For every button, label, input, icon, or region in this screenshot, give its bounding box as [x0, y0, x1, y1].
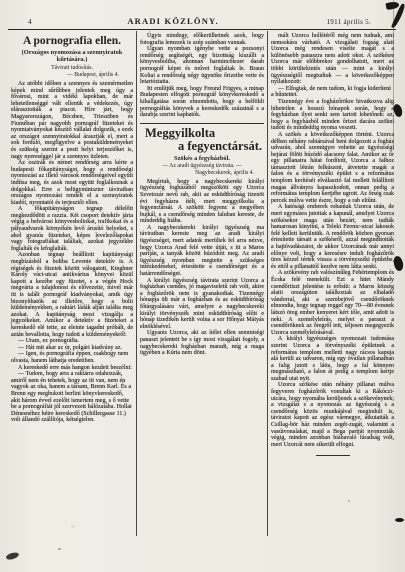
article1-paragraph: A főkapitányságon tegnap délelőtt megkez…	[11, 206, 133, 252]
article1-dateline: — Budapest, április 4.	[11, 72, 133, 78]
article1-paragraph: — Uram, ez pornográfia.	[11, 338, 133, 345]
column-3: mált Uzorca hollétéről még nem tudnak, a…	[267, 31, 397, 536]
article1-credit: Távirati tudósítás.	[11, 65, 133, 71]
paper-speck-icon	[58, 548, 61, 550]
article1-paragraph: — Igen, és pornográfia éppen, csakhogy n…	[11, 351, 133, 364]
ink-smudge-bottom-left-icon	[5, 551, 19, 561]
article2-paragraph: — Elfogtak, de nem tudom, ki fogja kider…	[271, 86, 394, 99]
article2-body: Megírtuk, hogy a nagybecskereki királyi …	[140, 179, 264, 357]
article2-body-continuation: mált Uzorca hollétéről még nem tudnak, a…	[271, 33, 394, 448]
page-fold-line	[393, 0, 394, 150]
article2-paragraph: A nagybecskereki királyi ügyészség ma tá…	[140, 225, 264, 278]
text-columns: A pornografia ellen. (Országos nyomozása…	[8, 31, 397, 536]
article2-paragraph: Megírtuk, hogy a nagybecskereki királyi …	[140, 179, 264, 225]
article2-paragraph: A szökevény rab valószínűleg Fehértemplo…	[271, 270, 394, 336]
article1-headline: A pornografia ellen.	[11, 35, 133, 47]
article-divider-rule	[140, 123, 264, 124]
article2-paragraph: A királyi ügyészség távirata szerint Uzo…	[140, 278, 264, 331]
masthead-title: ARADI KÖZLÖNY.	[127, 16, 219, 26]
newspaper-page: 4 ARADI KÖZLÖNY. 1911 április 5. A porno…	[0, 0, 405, 572]
page-number: 4	[8, 17, 32, 26]
article1-paragraph: Az utóbbi időben a szennyes és szemérmet…	[11, 81, 133, 160]
article2-paragraph: A szökés a következőképpen történt. Uzor…	[271, 132, 394, 205]
article2-headline-line1: Meggyilkolta	[140, 127, 264, 140]
article2-paragraph: A királyi ügyészséges nyomozati tudomása…	[271, 336, 394, 382]
article2-headline-line2: a fegyenctársát.	[140, 140, 264, 153]
running-head: 4 ARADI KÖZLÖNY. 1911 április 5.	[8, 16, 397, 28]
article2-paragraph: Tizennégy éve a fogházőrökre hivatkozva …	[271, 99, 394, 132]
article2-credit: — Az aradi ügyészség távirata. —	[140, 163, 264, 169]
article1-paragraph: Azonban tegnap beállított kapitánysági m…	[11, 252, 133, 338]
article1-body: Az utóbbi időben a szennyes és szemérmet…	[11, 81, 133, 424]
article2-paragraph: mált Uzorca hollétéről még nem tudnak, a…	[271, 33, 394, 86]
article1-paragraph: Ugyan nyomban igénybe vette a pozsonyi r…	[140, 46, 264, 86]
article1-continuation: Úgyis mindegy, előkerülhetnek azok, hogy…	[140, 33, 264, 119]
article2-subhead: Szökés a fegyházból.	[140, 155, 264, 162]
article2-paragraph: Ugyanis Uzorca, aki az ítélet ellen semm…	[140, 330, 264, 356]
article1-subtitle: (Országos nyomozása a szennyiratok kiirt…	[17, 49, 127, 63]
header-rule	[8, 29, 396, 30]
article1-paragraph: — Tudom, hogy arra a raktárra odahozzák,…	[11, 371, 133, 424]
column-2: Úgyis mindegy, előkerülhetnek azok, hogy…	[136, 31, 267, 536]
article1-paragraph: Az osztrák és német rendőrség arra kérte…	[11, 160, 133, 206]
article1-paragraph: Itt említjük meg, hogy Freund Frigyes, a…	[140, 86, 264, 119]
article1-paragraph: Úgyis mindegy, előkerülhetnek azok, hogy…	[140, 33, 264, 46]
article2-paragraph: Uzorca szökése után néhány pillanat múlv…	[271, 382, 394, 448]
article2-dateline: Nagybecskerek, április 4.	[140, 170, 264, 176]
article2-paragraph: A hatósági emberek rohantak Uzorca után,…	[271, 204, 394, 270]
article-end-rule	[316, 455, 350, 456]
paper-speck-icon	[348, 500, 350, 502]
issue-date: 1911 április 5.	[327, 18, 398, 26]
column-1: A pornografia ellen. (Országos nyomozása…	[8, 31, 136, 536]
ink-dash-bottom-right-icon	[395, 518, 404, 522]
